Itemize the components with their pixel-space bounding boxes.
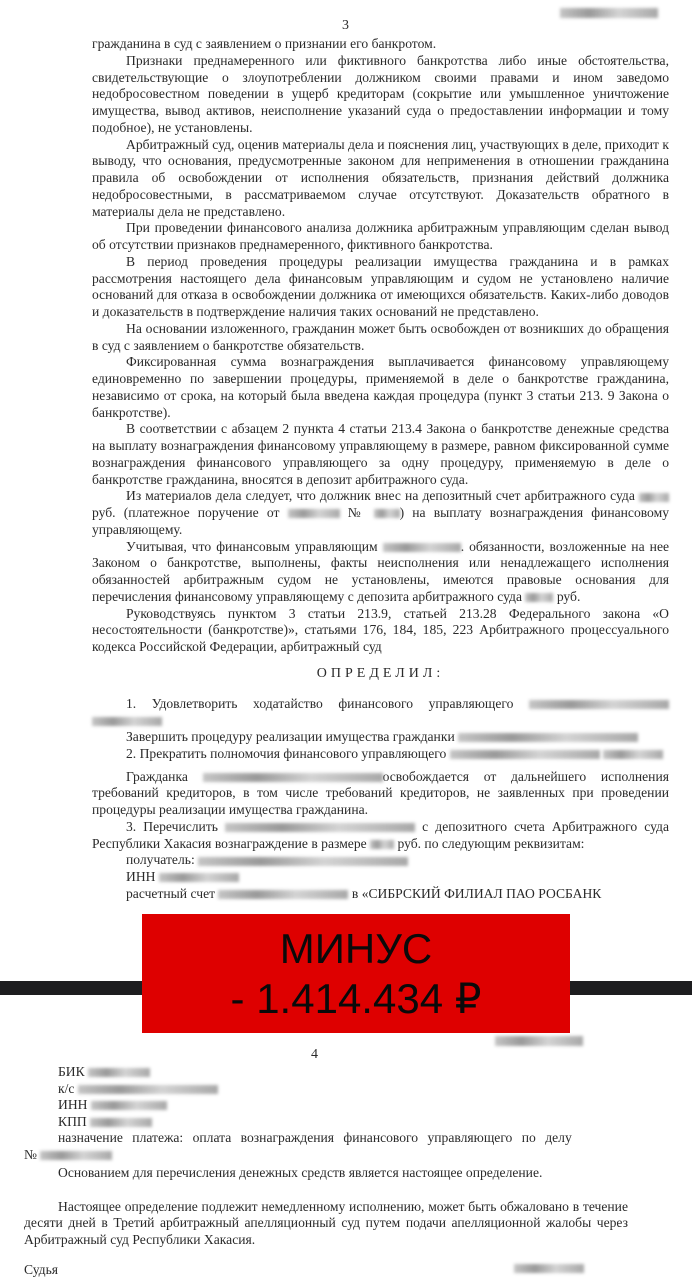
redacted-amount [639,493,669,502]
paragraph: В соответствии с абзацем 2 пункта 4 стат… [92,421,669,488]
case-number-line: № [24,1147,628,1164]
redacted-citizen-name [203,773,383,782]
paragraph: Признаки преднамеренного или фиктивного … [92,53,669,137]
recipient-line: получатель: [126,852,669,869]
redacted-date [288,509,340,518]
redacted-account [218,890,348,899]
label: КПП [58,1114,87,1129]
label: расчетный счет [126,886,215,901]
inn-line: ИНН [58,1097,628,1114]
banner-amount: - 1.414.434 ₽ [231,974,482,1024]
ruling-complete: Завершить процедуру реализации имущества… [92,729,669,746]
inn-line: ИНН [126,869,669,886]
redacted-recipient [198,857,408,866]
paragraph: Фиксированная сумма вознаграждения выпла… [92,354,669,421]
text: 2. Прекратить полномочия финансового упр… [126,746,446,761]
ruling-heading: ОПРЕДЕЛИЛ: [92,666,669,683]
redacted-case-number-header [495,1036,583,1046]
text: Гражданка [126,769,188,784]
redacted-manager-name [603,750,663,759]
ruling-item-1: 1. Удовлетворить ходатайство финансового… [92,696,669,730]
ruling-item-3: 3. Перечислить с депозитного счета Арбит… [92,819,669,853]
loss-banner: МИНУС - 1.414.434 ₽ [142,914,570,1033]
redacted-amount [525,593,553,602]
text: 3. Перечислить [126,819,218,834]
label: БИК [58,1064,85,1079]
redacted-judge-name [514,1264,584,1273]
document-page-3: гражданина в суд с заявлением о признани… [92,36,669,903]
text: № [348,505,366,520]
requisites: получатель: ИНН расчетный счет в «СИБРСК… [92,852,669,902]
text: руб. (платежное поручение от [92,505,279,520]
paragraph: гражданина в суд с заявлением о признани… [92,36,669,53]
citizen-release: Гражданка освобождается от дальнейшего и… [92,769,669,819]
judge-signature-line: Судья [24,1262,594,1278]
label: получатель: [126,852,195,867]
redacted-kpp [90,1118,152,1127]
appeal-paragraph: Настоящее определение подлежит немедленн… [24,1199,628,1249]
ks-line: к/с [58,1081,628,1098]
redacted-citizen-name [458,733,638,742]
account-line: расчетный счет в «СИБРСКИЙ ФИЛИАЛ ПАО РО… [126,886,669,903]
label: № [24,1147,37,1162]
banner-title: МИНУС [280,924,433,974]
considering-paragraph: Учитывая, что финансовым управляющим . о… [92,539,669,606]
redacted-bik [88,1068,150,1077]
redacted-inn [159,873,239,882]
ruling-item-2: 2. Прекратить полномочия финансового упр… [92,746,669,763]
text: Учитывая, что финансовым управляющим [126,539,378,554]
page-number: 3 [342,18,349,34]
label: к/с [58,1081,74,1096]
paragraph: Арбитражный суд, оценив материалы дела и… [92,137,669,221]
text: 1. Удовлетворить ходатайство финансового… [126,696,513,711]
label: ИНН [126,869,155,884]
payment-purpose: назначение платежа: оплата вознаграждени… [58,1130,628,1147]
deposit-paragraph: Из материалов дела следует, что должник … [92,488,669,538]
document-page-4: БИК к/с ИНН КПП назначение платежа: опла… [58,1064,628,1248]
redacted-manager-name [383,543,461,552]
paragraph: Руководствуясь пунктом 3 статьи 213.9, с… [92,606,669,656]
text: Из материалов дела следует, что должник … [126,488,635,503]
redacted-case-number [40,1151,112,1160]
kpp-line: КПП [58,1114,628,1131]
basis-paragraph: Основанием для перечисления денежных сре… [24,1165,628,1182]
redacted-payment-number [374,509,400,518]
redacted-manager-name [450,750,600,759]
label: ИНН [58,1097,87,1112]
page-number: 4 [311,1047,318,1063]
redacted-amount [370,840,394,849]
redacted-manager-name [92,717,162,726]
redacted-manager-name [529,700,669,709]
bik-line: БИК [58,1064,628,1081]
paragraph: На основании изложенного, гражданин може… [92,321,669,355]
bank-name: в «СИБРСКИЙ ФИЛИАЛ ПАО РОСБАНК [352,886,602,901]
text: Завершить процедуру реализации имущества… [126,729,455,744]
redacted-inn [91,1101,167,1110]
text: руб. по следующим реквизитам: [397,836,584,851]
redacted-ks [78,1085,218,1094]
judge-label: Судья [24,1262,58,1277]
paragraph: В период проведения процедуры реализации… [92,254,669,321]
text: руб. [557,589,581,604]
paragraph: При проведении финансового анализа должн… [92,220,669,254]
redacted-case-number-header [560,8,658,18]
redacted-manager-name [225,823,415,832]
